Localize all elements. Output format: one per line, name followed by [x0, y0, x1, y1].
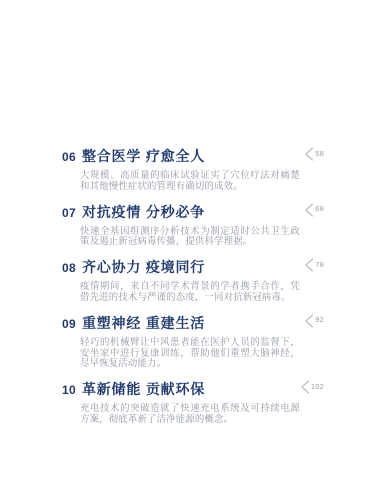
chapter-number: 10 [62, 383, 76, 397]
chapter-description: 快速全基因组测序分析技术为制定适时公共卫生政策及遏止新冠病毒传播，提供科学理据。 [80, 226, 300, 248]
toc-entry-link[interactable]: 07 对抗疫情 分秒必争 68 [62, 202, 324, 222]
chevron-left-icon [304, 203, 314, 217]
toc-entry-link[interactable]: 10 革新储能 贡献环保 102 [62, 379, 324, 399]
chapter-title: 重塑神经 重建生活 [82, 313, 205, 333]
chapter-description: 大规模、高质量的临床试验证实了穴位疗法对痛楚和其他慢性症状的管理有确切的成效。 [80, 170, 300, 192]
chapter-number: 06 [62, 150, 76, 164]
page-reference[interactable]: 102 [300, 380, 324, 394]
chapter-title: 齐心协力 疫境同行 [82, 257, 205, 277]
page-number: 102 [311, 382, 324, 391]
chapter-title: 整合医学 疗愈全人 [82, 146, 205, 166]
toc-entry: 07 对抗疫情 分秒必争 68 快速全基因组测序分析技术为制定适时公共卫生政策及… [62, 202, 324, 248]
toc-page: 06 整合医学 疗愈全人 58 大规模、高质量的临床试验证实了穴位疗法对痛楚和其… [0, 0, 373, 480]
toc-entry: 10 革新储能 贡献环保 102 充电技术的突破造就了快速充电系统及可持续电源方… [62, 379, 324, 425]
chevron-left-icon [304, 258, 314, 272]
page-number: 68 [315, 204, 324, 213]
page-number: 78 [315, 260, 324, 269]
toc-entry-link[interactable]: 06 整合医学 疗愈全人 58 [62, 146, 324, 166]
page-reference[interactable]: 68 [304, 203, 324, 217]
chapter-title: 革新储能 贡献环保 [82, 379, 205, 399]
chapter-number: 09 [62, 317, 76, 331]
chevron-left-icon [304, 147, 314, 161]
page-number: 92 [315, 315, 324, 324]
toc-entry: 06 整合医学 疗愈全人 58 大规模、高质量的临床试验证实了穴位疗法对痛楚和其… [62, 146, 324, 192]
toc-entry: 08 齐心协力 疫境同行 78 疫情期间，来自不同学术背景的学者携手合作，凭借先… [62, 257, 324, 303]
toc-entry: 09 重塑神经 重建生活 92 轻巧的机械臂让中风患者能在医护人员的监督下，安坐… [62, 313, 324, 369]
toc-entry-link[interactable]: 09 重塑神经 重建生活 92 [62, 313, 324, 333]
chevron-left-icon [304, 314, 314, 328]
page-reference[interactable]: 58 [304, 147, 324, 161]
page-reference[interactable]: 92 [304, 314, 324, 328]
chapter-title: 对抗疫情 分秒必争 [82, 202, 205, 222]
toc-entry-link[interactable]: 08 齐心协力 疫境同行 78 [62, 257, 324, 277]
table-of-contents: 06 整合医学 疗愈全人 58 大规模、高质量的临床试验证实了穴位疗法对痛楚和其… [62, 146, 324, 435]
chapter-description: 疫情期间，来自不同学术背景的学者携手合作，凭借先进的技术与严谨的态度，一同对抗新… [80, 281, 300, 303]
chapter-description: 充电技术的突破造就了快速充电系统及可持续电源方案，彻底革新了洁净能源的概念。 [80, 403, 300, 425]
chevron-left-icon [300, 380, 310, 394]
page-number: 58 [315, 149, 324, 158]
chapter-number: 08 [62, 261, 76, 275]
page-reference[interactable]: 78 [304, 258, 324, 272]
chapter-number: 07 [62, 206, 76, 220]
chapter-description: 轻巧的机械臂让中风患者能在医护人员的监督下，安坐家中进行复康训练，帮助他们重塑大… [80, 337, 300, 369]
